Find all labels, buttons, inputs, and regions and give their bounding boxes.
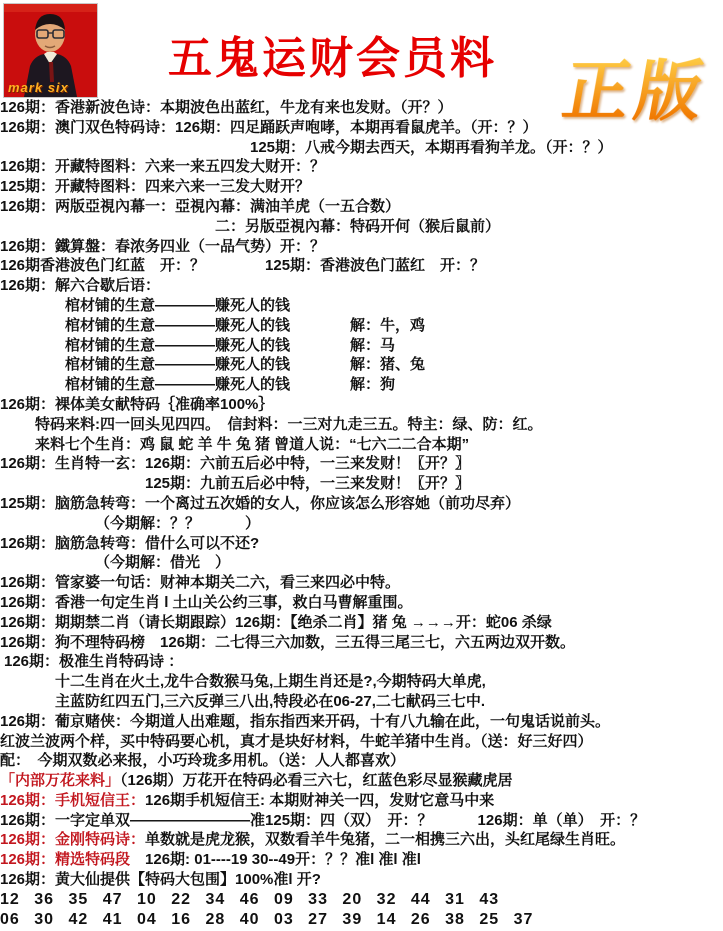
text-line: 棺材铺的生意————赚死人的钱 解：马 (0, 336, 723, 356)
text-line: 棺材铺的生意————赚死人的钱 解：狗 (0, 375, 723, 395)
red-label: 126期：手机短信王： (0, 792, 145, 809)
text-line: 主蓝防红四五门,三六反弹三八出,特段必在06-27,二七献码三七中. (0, 692, 723, 712)
text-line: 棺材铺的生意————赚死人的钱 解：牛，鸡 (0, 316, 723, 336)
line-text: 12 36 35 47 10 22 34 46 09 33 20 32 44 3… (0, 891, 499, 908)
line-text: 特码来料:四一回头见四四。 信封料：一三对九走三五。特主：绿、防：红。 (35, 416, 543, 433)
text-line: 126期：狗不理特码榜 126期：二七得三六加数，三五得三尾三七，六五两边双开数… (0, 633, 723, 653)
line-text: 126期：葡京赌侠：今期道人出难题，指东指西来开码，十有八九输在此，一句鬼话说前… (0, 713, 610, 730)
line-text: 棺材铺的生意————赚死人的钱 解：猪、兔 (65, 356, 425, 373)
text-line: 126期：期期禁二肖（请长期跟踪）126期：【绝杀二肖】猪 兔 →→→开：蛇06… (0, 613, 723, 633)
text-line: 126期：精选特码段 126期: 01----19 30--49开：？？准l 准… (0, 850, 723, 870)
line-text: 126期：脑筋急转弯：借什么可以不还? (0, 535, 259, 552)
number-row: 06 30 42 41 04 16 28 40 03 27 39 14 26 3… (0, 910, 723, 930)
line-text: 126期：香港新波色诗：本期波色出蓝红，牛龙有来也发财。（开？） (0, 99, 453, 116)
line-text: 126期：生肖特一玄：126期：六前五后必中特，一三来发财！〖开？〗 (0, 455, 470, 472)
text-line: 125期：开藏特图料：四来六来一三发大财开？ (0, 177, 723, 197)
text-line: 126期：管家婆一句话：财神本期关二六，看三来四必中特。 (0, 573, 723, 593)
line-text: 126期：狗不理特码榜 126期：二七得三六加数，三五得三尾三七，六五两边双开数… (0, 634, 575, 651)
header: mark six 五鬼运财会员料 正版 (0, 0, 723, 97)
portrait-photo: mark six (3, 3, 98, 98)
text-line: 126期：开藏特图料：六来一来五四发大财开：？ (0, 157, 723, 177)
text-line: 红波兰波两个样，买中特码要心机，真才是块好材料，牛蛇羊猪中生肖。（送：好三好四） (0, 732, 723, 752)
line-text: 06 30 42 41 04 16 28 40 03 27 39 14 26 3… (0, 911, 533, 928)
line-text: 126期：鐵算盤：春浓务四业（一品气势）开：？ (0, 238, 325, 255)
line-text: 二：另版亞視內幕：特码开何（猴后鼠前） (215, 218, 500, 235)
text-line: 125期：八戒今期去西天，本期再看狗羊龙。（开：？） (0, 138, 723, 158)
line-text: 126期：极准生肖特码诗 ： (4, 653, 183, 670)
text-line: 126期：葡京赌侠：今期道人出难题，指东指西来开码，十有八九输在此，一句鬼话说前… (0, 712, 723, 732)
line-text: 125期：开藏特图料：四来六来一三发大财开？ (0, 178, 310, 195)
text-line: 二：另版亞視內幕：特码开何（猴后鼠前） (0, 217, 723, 237)
red-label: 126期：金刚特码诗： (0, 831, 145, 848)
genuine-badge: 正版 (557, 38, 718, 133)
text-line: 126期香港波色门红蓝 开：？ 125期：香港波色门蓝红 开：？ (0, 256, 723, 276)
line-text: 棺材铺的生意————赚死人的钱 解：牛，鸡 (65, 317, 425, 334)
line-text: 126期：澳门双色特码诗：126期：四足踊跃声咆哮，本期再看鼠虎羊。（开：？） (0, 119, 538, 136)
text-line: 125期：脑筋急转弯：一个离过五次婚的女人，你应该怎么形容她（前功尽弃） (0, 494, 723, 514)
text-line: 126期：极准生肖特码诗 ： (0, 652, 723, 672)
text-line: 棺材铺的生意————赚死人的钱 解：猪、兔 (0, 355, 723, 375)
text-line: 126期：黄大仙提供【特码大包围】100%准l 开? (0, 870, 723, 890)
line-text: 126期: 01----19 30--49开：？？准l 准l 准l (130, 851, 421, 868)
text-line: 126期：鐵算盤：春浓务四业（一品气势）开：？ (0, 237, 723, 257)
text-line: 126期：手机短信王：126期手机短信王: 本期财神关一四，发财它意马中来 (0, 791, 723, 811)
red-label: 「内部万花来料」 (0, 772, 120, 789)
text-line: 126期：裸体美女献特码｛准确率100%｝ (0, 395, 723, 415)
line-text: 126期香港波色门红蓝 开：？ 125期：香港波色门蓝红 开：？ (0, 257, 485, 274)
text-line: 来料七个生肖：鸡 鼠 蛇 羊 牛 兔 猪 曾道人说：“七六二二合本期” (0, 435, 723, 455)
line-text: 棺材铺的生意————赚死人的钱 解：马 (65, 337, 395, 354)
line-text: 单数就是虎龙猴，双数看羊牛兔猪，二一相携三六出，头红尾绿生肖旺。 (145, 831, 625, 848)
line-text: 126期：开藏特图料：六来一来五四发大财开：？ (0, 158, 325, 175)
text-line: 126期：生肖特一玄：126期：六前五后必中特，一三来发财！〖开？〗 (0, 454, 723, 474)
text-line: （今期解：？？ ） (0, 514, 723, 534)
line-text: 棺材铺的生意————赚死人的钱 解：狗 (65, 376, 395, 393)
text-line: 126期：香港一句定生肖 l 土山关公约三事，救白马曹解重围。 (0, 593, 723, 613)
line-text: 棺材铺的生意————赚死人的钱 (65, 297, 290, 314)
line-text: 配： 今期双数必来报，小巧玲珑多用机。（送：人人都喜欢） (0, 752, 405, 769)
line-text: 126期：两版亞視內幕一：亞視內幕：满油羊虎（一五合数） (0, 198, 400, 215)
line-text: 主蓝防红四五门,三六反弹三八出,特段必在06-27,二七献码三七中. (55, 693, 485, 710)
line-text: （今期解：借光 ） (95, 554, 230, 571)
number-row: 12 36 35 47 10 22 34 46 09 33 20 32 44 3… (0, 890, 723, 910)
line-text: 126期：期期禁二肖（请长期跟踪）126期：【绝杀二肖】猪 兔 →→→开：蛇06… (0, 614, 552, 631)
line-text: 126期：管家婆一句话：财神本期关二六，看三来四必中特。 (0, 574, 400, 591)
text-line: 126期：解六合歇后语： (0, 276, 723, 296)
line-text: 126期：黄大仙提供【特码大包围】100%准l 开? (0, 871, 321, 888)
photo-caption: mark six (8, 80, 69, 95)
line-text: 126期手机短信王: 本期财神关一四，发财它意马中来 (145, 792, 494, 809)
text-line: 126期：脑筋急转弯：借什么可以不还? (0, 534, 723, 554)
text-line: 特码来料:四一回头见四四。 信封料：一三对九走三五。特主：绿、防：红。 (0, 415, 723, 435)
line-text: 125期：八戒今期去西天，本期再看狗羊龙。（开：？） (250, 139, 613, 156)
page-title: 五鬼运财会员料 (168, 22, 497, 86)
line-text: 红波兰波两个样，买中特码要心机，真才是块好材料，牛蛇羊猪中生肖。（送：好三好四） (0, 733, 593, 750)
text-line: 十二生肖在火土,龙牛合数猴马兔,上期生肖还是?,今期特码大单虎, (0, 672, 723, 692)
line-text: 125期：九前五后必中特，一三来发财！〖开？〗 (145, 475, 470, 492)
text-line: 126期：金刚特码诗：单数就是虎龙猴，双数看羊牛兔猪，二一相携三六出，头红尾绿生… (0, 830, 723, 850)
line-text: 来料七个生肖：鸡 鼠 蛇 羊 牛 兔 猪 曾道人说：“七六二二合本期” (35, 436, 469, 453)
text-line: 配： 今期双数必来报，小巧玲珑多用机。（送：人人都喜欢） (0, 751, 723, 771)
line-text: （今期解：？？ ） (95, 515, 260, 532)
text-line: 棺材铺的生意————赚死人的钱 (0, 296, 723, 316)
text-line: 「内部万花来料」（126期）万花开在特码必看三六七，红蓝色彩尽显猴藏虎居 (0, 771, 723, 791)
line-text: 126期：裸体美女献特码｛准确率100%｝ (0, 396, 273, 413)
line-text: 126期：香港一句定生肖 l 土山关公约三事，救白马曹解重围。 (0, 594, 413, 611)
content-lines: 126期：香港新波色诗：本期波色出蓝红，牛龙有来也发财。（开？）126期：澳门双… (0, 97, 723, 929)
text-line: 125期：九前五后必中特，一三来发财！〖开？〗 (0, 474, 723, 494)
text-line: （今期解：借光 ） (0, 553, 723, 573)
red-label: 126期：精选特码段 (0, 851, 130, 868)
line-text: 125期：脑筋急转弯：一个离过五次婚的女人，你应该怎么形容她（前功尽弃） (0, 495, 520, 512)
text-line: 126期：一字定单双————————准125期：四（双） 开：？ 126期：单（… (0, 811, 723, 831)
line-text: 十二生肖在火土,龙牛合数猴马兔,上期生肖还是?,今期特码大单虎, (55, 673, 486, 690)
line-text: 126期：解六合歇后语： (0, 277, 160, 294)
member-tip-sheet: mark six 五鬼运财会员料 正版 126期：香港新波色诗：本期波色出蓝红，… (0, 0, 723, 931)
text-line: 126期：两版亞視內幕一：亞視內幕：满油羊虎（一五合数） (0, 197, 723, 217)
line-text: （126期）万花开在特码必看三六七，红蓝色彩尽显猴藏虎居 (120, 772, 513, 789)
line-text: 126期：一字定单双————————准125期：四（双） 开：？ 126期：单（… (0, 812, 645, 829)
